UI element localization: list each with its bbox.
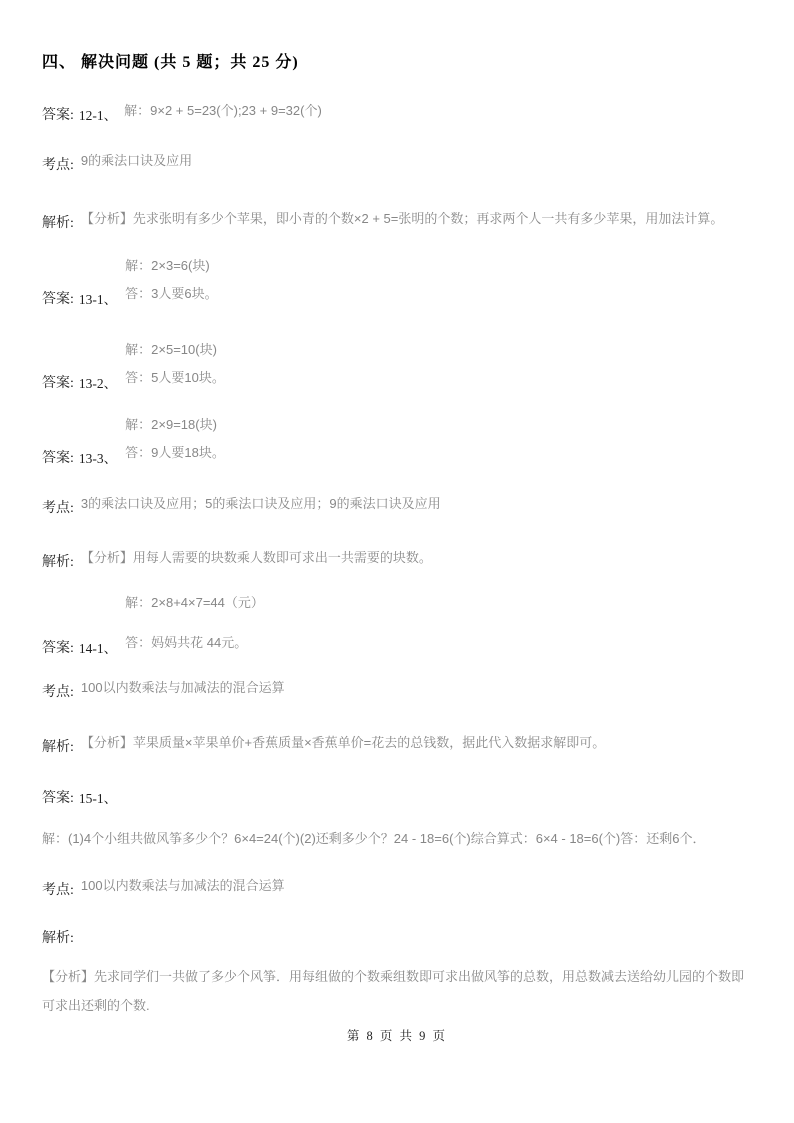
analysis-label: 解析:	[42, 214, 74, 234]
analysis-row-12: 解析: 【分析】先求张明有多少个苹果，即小青的个数×2 + 5=张明的个数；再求…	[42, 214, 752, 234]
analysis-label: 解析:	[42, 738, 74, 758]
section-heading: 四、 解决问题 (共 5 题；共 25 分)	[42, 52, 752, 74]
answer-number: 13-1、	[79, 290, 117, 310]
topic-row-12: 考点: 9的乘法口诀及应用	[42, 156, 752, 176]
answer-number: 12-1、	[79, 106, 117, 126]
answer-label: 答案:	[42, 449, 74, 469]
answer-lines: 解：2×5=10(块) 答：5人要10块。	[125, 340, 225, 388]
answer-lines: 解：2×8+4×7=44（元） 答：妈妈共花 44元。	[125, 593, 264, 653]
analysis-text: 【分析】用每人需要的块数乘人数即可求出一共需要的块数。	[81, 548, 432, 568]
topic-text: 3的乘法口诀及应用；5的乘法口诀及应用；9的乘法口诀及应用	[81, 494, 441, 514]
analysis-row-14: 解析: 【分析】苹果质量×苹果单价+香蕉质量×香蕉单价=花去的总钱数，据此代入数…	[42, 738, 752, 758]
topic-row-13: 考点: 3的乘法口诀及应用；5的乘法口诀及应用；9的乘法口诀及应用	[42, 499, 752, 519]
solution-paragraph: 解：(1)4个小组共做风筝多少个？6×4=24(个)(2)还剩多少个？24 - …	[42, 829, 752, 849]
topic-text: 100以内数乘法与加减法的混合运算	[81, 678, 285, 698]
answer-row-13-2: 答案: 13-2、 解：2×5=10(块) 答：5人要10块。	[42, 346, 752, 394]
page-footer: 第 8 页 共 9 页	[0, 1026, 794, 1044]
topic-row-15: 考点: 100以内数乘法与加减法的混合运算	[42, 881, 752, 901]
answer-text: 解：9×2 + 5=23(个);23 + 9=32(个)	[124, 101, 322, 121]
topic-text: 100以内数乘法与加减法的混合运算	[81, 876, 285, 896]
answer-label: 答案:	[42, 290, 74, 310]
answer-label: 答案:	[42, 639, 74, 659]
answer-row-12-1: 答案: 12-1、 解：9×2 + 5=23(个);23 + 9=32(个)	[42, 106, 752, 126]
answer-line: 答：5人要10块。	[125, 368, 225, 388]
analysis-text: 【分析】苹果质量×苹果单价+香蕉质量×香蕉单价=花去的总钱数，据此代入数据求解即…	[81, 733, 605, 753]
answer-number: 15-1、	[79, 789, 117, 809]
answer-number: 13-3、	[79, 449, 117, 469]
answer-label: 答案:	[42, 106, 74, 126]
solution-line: 解：2×8+4×7=44（元）	[125, 593, 264, 613]
answer-row-15-1: 答案: 15-1、	[42, 789, 752, 809]
analysis-row-15: 解析:	[42, 929, 752, 949]
topic-text: 9的乘法口诀及应用	[81, 151, 192, 171]
document-page: 四、 解决问题 (共 5 题；共 25 分) 答案: 12-1、 解：9×2 +…	[0, 0, 794, 1020]
answer-line: 答：3人要6块。	[125, 284, 217, 304]
solution-line: 解：2×5=10(块)	[125, 340, 225, 360]
answer-line: 答：9人要18块。	[125, 443, 225, 463]
answer-label: 答案:	[42, 789, 74, 809]
analysis-label: 解析:	[42, 553, 74, 573]
topic-label: 考点:	[42, 683, 74, 703]
solution-line: 解：2×3=6(块)	[125, 256, 217, 276]
answer-row-13-1: 答案: 13-1、 解：2×3=6(块) 答：3人要6块。	[42, 262, 752, 310]
solution-line: 解：2×9=18(块)	[125, 415, 225, 435]
topic-row-14: 考点: 100以内数乘法与加减法的混合运算	[42, 683, 752, 703]
answer-lines: 解：2×9=18(块) 答：9人要18块。	[125, 415, 225, 463]
topic-label: 考点:	[42, 499, 74, 519]
analysis-paragraph: 【分析】先求同学们一共做了多少个风筝．用每组做的个数乘组数即可求出做风筝的总数，…	[42, 962, 752, 1020]
analysis-row-13: 解析: 【分析】用每人需要的块数乘人数即可求出一共需要的块数。	[42, 553, 752, 573]
answer-label: 答案:	[42, 374, 74, 394]
analysis-text: 【分析】先求张明有多少个苹果，即小青的个数×2 + 5=张明的个数；再求两个人一…	[81, 209, 723, 229]
analysis-label: 解析:	[42, 929, 74, 949]
topic-label: 考点:	[42, 156, 74, 176]
topic-label: 考点:	[42, 881, 74, 901]
answer-lines: 解：2×3=6(块) 答：3人要6块。	[125, 256, 217, 304]
answer-number: 14-1、	[79, 639, 117, 659]
answer-number: 13-2、	[79, 374, 117, 394]
answer-row-14-1: 答案: 14-1、 解：2×8+4×7=44（元） 答：妈妈共花 44元。	[42, 599, 752, 659]
answer-row-13-3: 答案: 13-3、 解：2×9=18(块) 答：9人要18块。	[42, 421, 752, 469]
answer-line: 答：妈妈共花 44元。	[125, 633, 264, 653]
